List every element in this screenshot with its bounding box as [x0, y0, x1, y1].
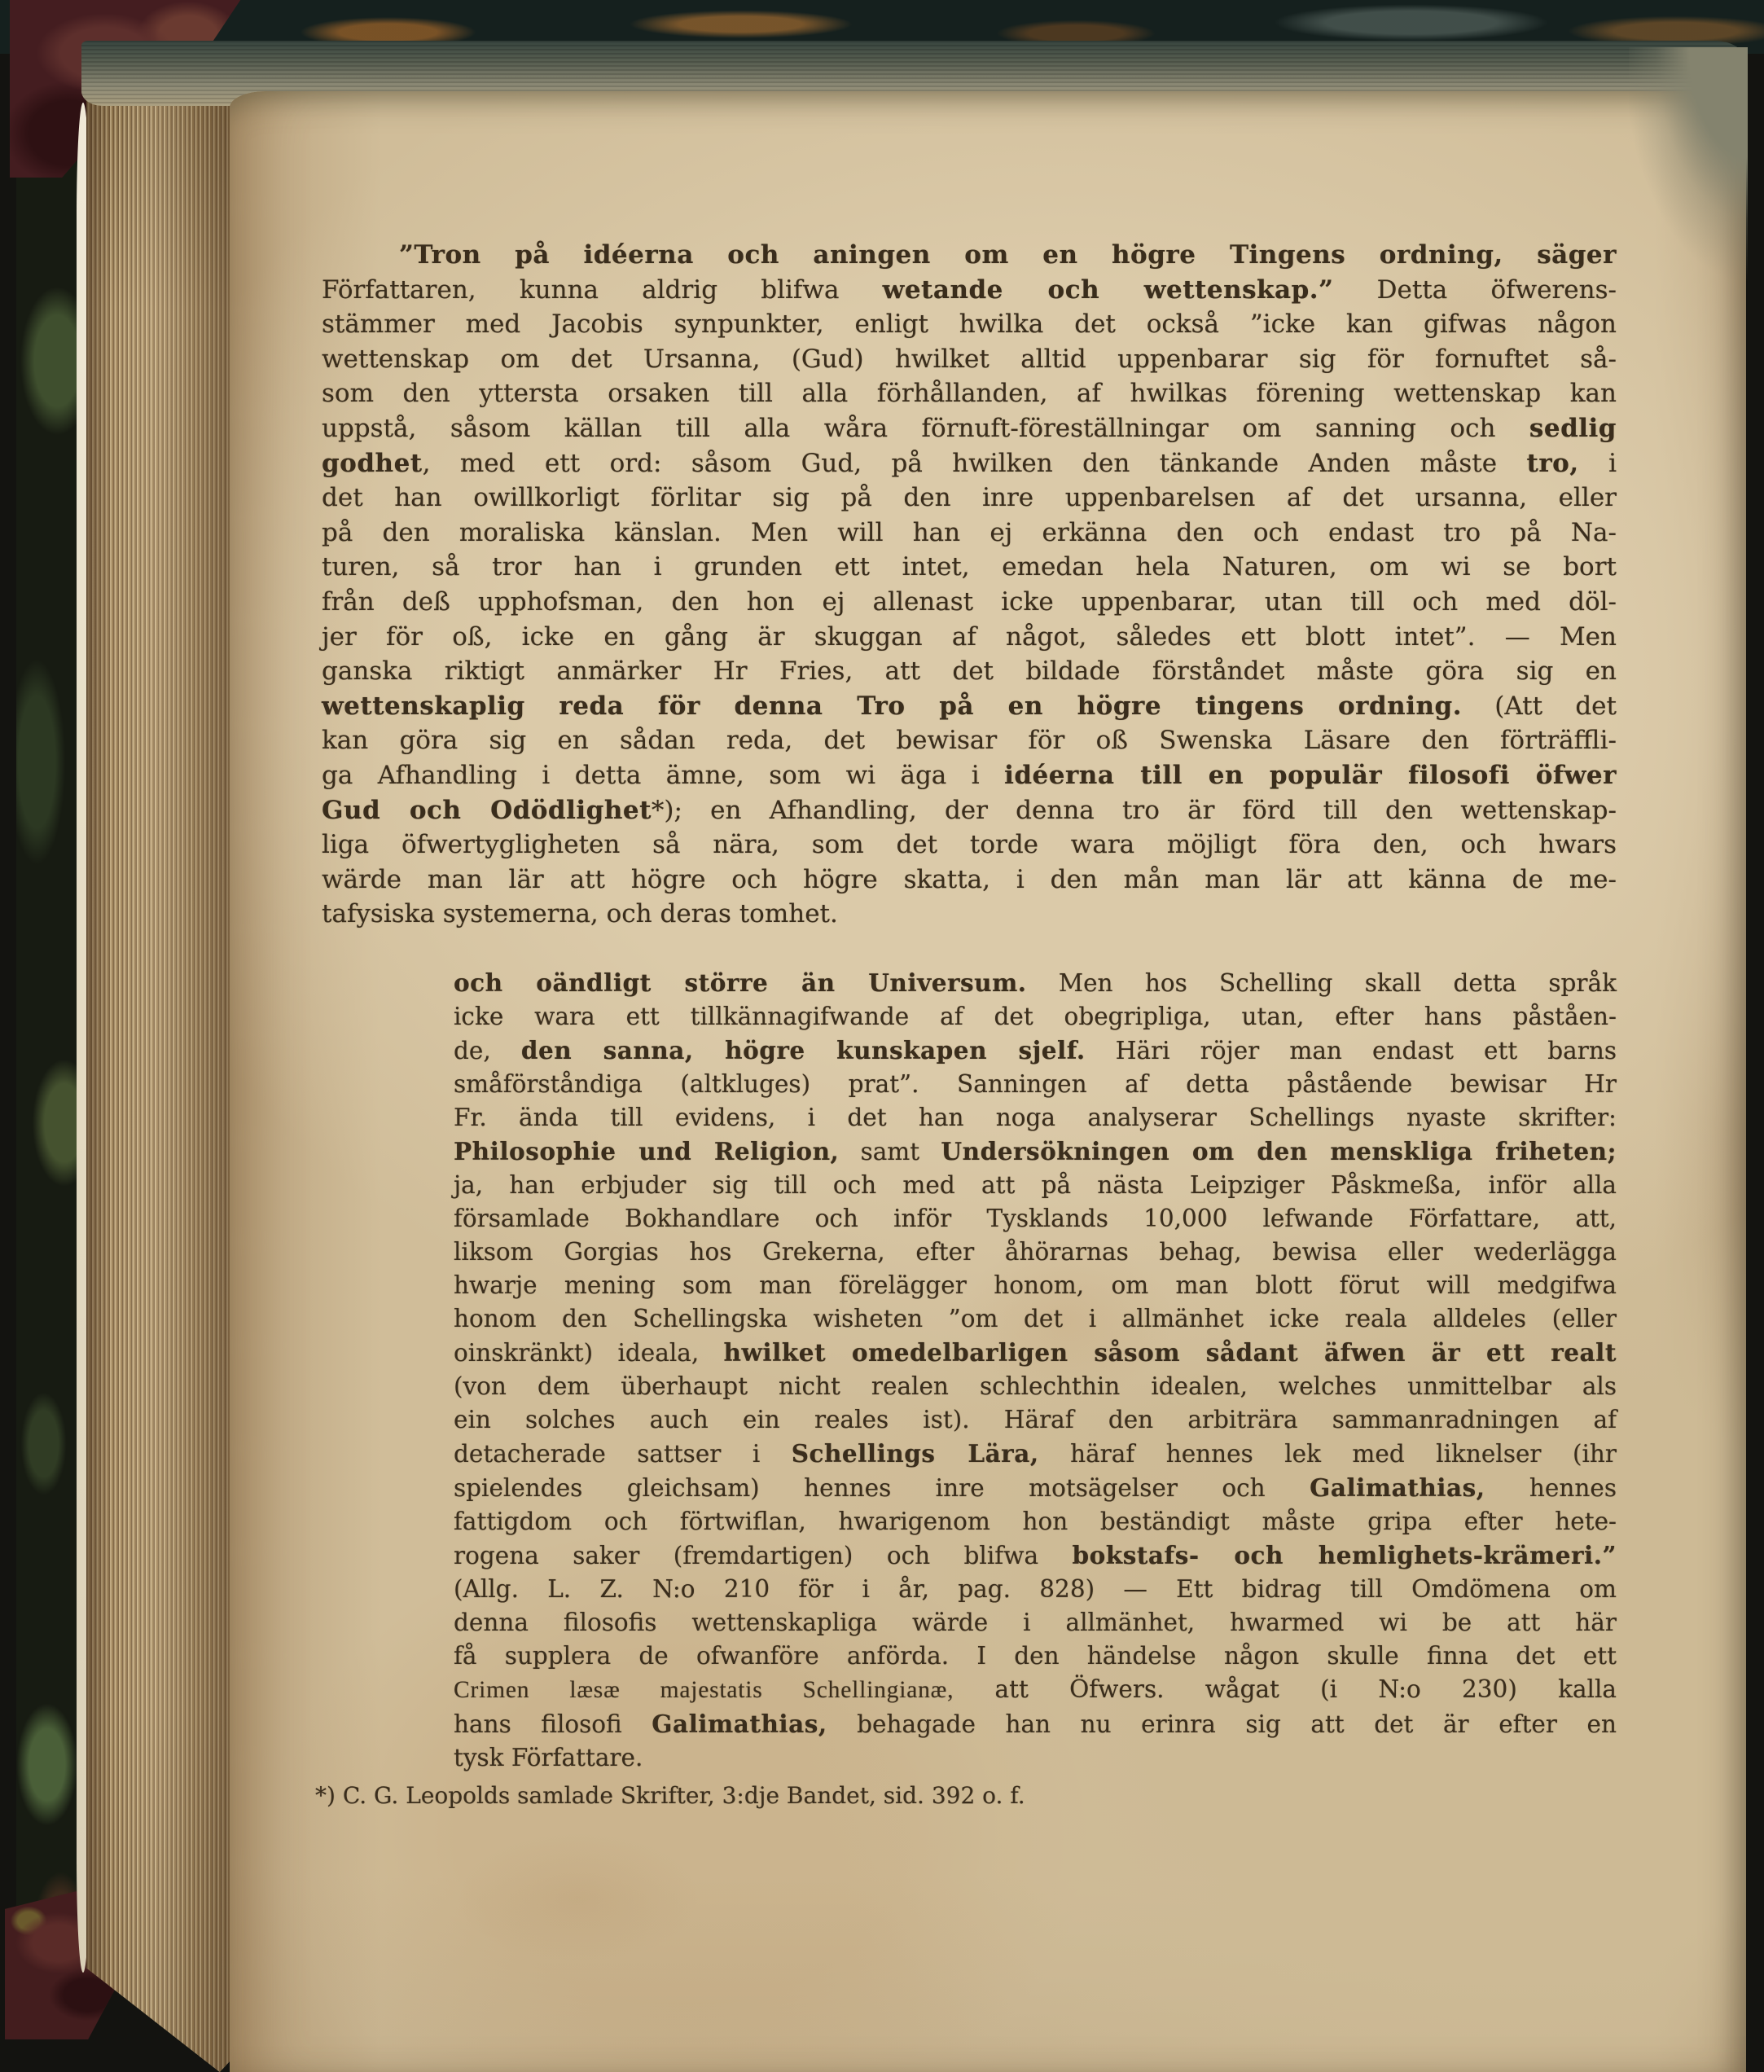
emphasized-text: hwilket omedelbarligen såsom sådant äfwe…: [724, 1338, 1617, 1367]
body-text: från deß upphofsman, den hon ej allenast…: [322, 587, 1617, 617]
body-text: uppstå, såsom källan till alla wåra förn…: [322, 414, 1529, 443]
text-line: ja, han erbjuder sig till och med att på…: [454, 1169, 1617, 1202]
body-text: oinskränkt) ideala,: [454, 1339, 724, 1367]
text-line: fattigdom och förtwiflan, hwarigenom hon…: [454, 1505, 1617, 1539]
emphasized-text: Undersökningen om den menskliga friheten…: [941, 1137, 1617, 1165]
text-line: Fr. ända till evidens, i det han noga an…: [454, 1101, 1617, 1135]
emphasized-text: den sanna, högre kunskapen sjelf.: [521, 1036, 1086, 1065]
body-text: denna filosofis wettenskapliga wärde i a…: [454, 1609, 1617, 1636]
text-line: *) C. G. Leopolds samlade Skrifter, 3:dj…: [315, 1780, 1617, 1812]
page-top-right-curl-shade: [1629, 47, 1748, 308]
emphasized-text: Galimathias,: [652, 1710, 827, 1738]
text-line: liksom Gorgias hos Grekerna, efter åhöra…: [454, 1236, 1617, 1269]
text-line: liga öfwertygligheten så nära, som det t…: [322, 827, 1617, 863]
emphasized-text: sedlig: [1529, 414, 1617, 443]
body-text: , med ett ord: såsom Gud, på hwilken den…: [423, 449, 1527, 478]
emphasized-text: Gud och Odödlighet: [322, 796, 652, 825]
body-text: (von dem überhaupt nicht realen schlecht…: [454, 1372, 1617, 1400]
body-text: småförståndiga (altkluges) prat”. Sannin…: [454, 1070, 1617, 1098]
body-text: Häri röjer man endast ett barns: [1086, 1037, 1617, 1065]
text-line: som den yttersta orsaken till alla förhå…: [322, 376, 1617, 411]
body-text: honom den Schellingska wisheten ”om det …: [454, 1305, 1617, 1332]
body-text: ein solches auch ein reales ist). Häraf …: [454, 1406, 1617, 1433]
text-line: Philosophie und Religion, samt Undersökn…: [454, 1135, 1617, 1169]
text-line: tafysiska systemerna, och deras tomhet.: [322, 897, 1617, 932]
text-line: hwarje mening som man förelägger honom, …: [454, 1269, 1617, 1302]
text-line: stämmer med Jacobis synpunkter, enligt h…: [322, 307, 1617, 342]
emphasized-text: tro,: [1527, 449, 1579, 478]
text-line: småförståndiga (altkluges) prat”. Sannin…: [454, 1068, 1617, 1101]
body-text: häraf hennes lek med liknelser (ihr: [1039, 1440, 1617, 1468]
body-text: stämmer med Jacobis synpunkter, enligt h…: [322, 309, 1617, 339]
text-line: ”Tron på idéerna och aningen om en högre…: [322, 238, 1617, 273]
text-line: denna filosofis wettenskapliga wärde i a…: [454, 1606, 1617, 1640]
emphasized-text: godhet: [322, 449, 423, 478]
text-line: rogena saker (fremdartigen) och blifwa b…: [454, 1539, 1617, 1573]
body-text: de,: [454, 1037, 521, 1065]
text-line: ga Afhandling i detta ämne, som wi äga i…: [322, 758, 1617, 793]
body-text: Fr. ända till evidens, i det han noga an…: [454, 1104, 1617, 1131]
text-line: det han owillkorligt förlitar sig på den…: [322, 481, 1617, 516]
emphasized-text: bokstafs- och hemlighets-krämeri.”: [1072, 1541, 1617, 1569]
text-line: och oändligt större än Universum. Men ho…: [454, 966, 1617, 1000]
text-line: på den moraliska känslan. Men will han e…: [322, 516, 1617, 551]
text-line: wärde man lär att högre och högre skatta…: [322, 863, 1617, 898]
emphasized-text: wetande och wettenskap.”: [883, 275, 1334, 305]
paragraph-quote: och oändligt större än Universum. Men ho…: [454, 966, 1617, 1775]
page-text: ”Tron på idéerna och aningen om en högre…: [322, 238, 1617, 1812]
text-line: ganska riktigt anmärker Hr Fries, att de…: [322, 654, 1617, 689]
text-line: de, den sanna, högre kunskapen sjelf. Hä…: [454, 1034, 1617, 1068]
emphasized-text: idéerna till en populär filosofi öfwer: [1004, 761, 1617, 790]
body-text: behagade han nu erinra sig att det är ef…: [827, 1710, 1617, 1738]
body-text: spielendes gleichsam) hennes inre motsäg…: [454, 1474, 1310, 1502]
text-line: turen, så tror han i grunden ett intet, …: [322, 550, 1617, 585]
body-text: (Att det: [1462, 691, 1617, 721]
body-text: församlade Bokhandlare och inför Tysklan…: [454, 1205, 1617, 1232]
body-text: *); en Afhandling, der denna tro är förd…: [652, 796, 1617, 825]
text-line: detacherade sattser i Schellings Lära, h…: [454, 1437, 1617, 1471]
body-text: tafysiska systemerna, och deras tomhet.: [322, 899, 838, 928]
text-line: ein solches auch ein reales ist). Häraf …: [454, 1403, 1617, 1437]
text-line: Författaren, kunna aldrig blifwa wetande…: [322, 273, 1617, 308]
paper-stain: [456, 1833, 700, 1963]
text-line: Crimen læsæ majestatis Schellingianæ, at…: [454, 1673, 1617, 1707]
emphasized-text: ”Tron på idéerna och aningen om en högre…: [399, 240, 1617, 270]
emphasized-text: och oändligt större än Universum.: [454, 968, 1027, 997]
body-text: hennes: [1485, 1474, 1617, 1502]
text-line: honom den Schellingska wisheten ”om det …: [454, 1302, 1617, 1336]
body-text: *) C. G. Leopolds samlade Skrifter, 3:dj…: [315, 1782, 1025, 1809]
body-text: ja, han erbjuder sig till och med att på…: [454, 1171, 1617, 1199]
emphasized-text: Galimathias,: [1310, 1473, 1485, 1502]
latin-text: Crimen læsæ majestatis Schellingianæ,: [454, 1677, 954, 1703]
text-line: uppstå, såsom källan till alla wåra förn…: [322, 411, 1617, 446]
text-line: (Allg. L. Z. N:o 210 för i år, pag. 828)…: [454, 1573, 1617, 1606]
body-text: Detta öfwerens-: [1333, 275, 1617, 305]
text-line: tysk Författare.: [454, 1741, 1617, 1775]
body-text: liga öfwertygligheten så nära, som det t…: [322, 830, 1617, 859]
book-cover-marbled-board: [16, 0, 85, 2005]
text-line: hans filosofi Galimathias, behagade han …: [454, 1707, 1617, 1741]
body-text: wettenskap om det Ursanna, (Gud) hwilket…: [322, 345, 1617, 374]
text-line: godhet, med ett ord: såsom Gud, på hwilk…: [322, 446, 1617, 481]
page-block-fore-edge: [86, 68, 235, 2072]
body-text: Författaren, kunna aldrig blifwa: [322, 275, 883, 305]
body-text: hans filosofi: [454, 1710, 652, 1738]
text-line: wettenskap om det Ursanna, (Gud) hwilket…: [322, 342, 1617, 377]
emphasized-text: Philosophie und Religion,: [454, 1137, 839, 1165]
body-text: rogena saker (fremdartigen) och blifwa: [454, 1542, 1072, 1569]
footnote: *) C. G. Leopolds samlade Skrifter, 3:dj…: [315, 1780, 1617, 1812]
body-text: (Allg. L. Z. N:o 210 för i år, pag. 828)…: [454, 1575, 1617, 1603]
text-line: Gud och Odödlighet*); en Afhandling, der…: [322, 793, 1617, 828]
body-text: att Öfwers. wågat (i N:o 230) kalla: [954, 1675, 1617, 1703]
paragraph-main: ”Tron på idéerna och aningen om en högre…: [322, 238, 1617, 932]
body-text: tysk Författare.: [454, 1744, 643, 1771]
text-line: spielendes gleichsam) hennes inre motsäg…: [454, 1471, 1617, 1505]
body-text: icke wara ett tillkännagifwande af det o…: [454, 1003, 1617, 1030]
body-text: i: [1579, 449, 1617, 478]
body-text: fattigdom och förtwiflan, hwarigenom hon…: [454, 1508, 1617, 1535]
text-line: wettenskaplig reda för denna Tro på en h…: [322, 689, 1617, 724]
body-text: jer för oß, icke en gång är skuggan af n…: [322, 622, 1617, 652]
text-line: oinskränkt) ideala, hwilket omedelbarlig…: [454, 1336, 1617, 1370]
body-text: ganska riktigt anmärker Hr Fries, att de…: [322, 656, 1617, 686]
emphasized-text: Schellings Lära,: [792, 1439, 1039, 1468]
text-line: icke wara ett tillkännagifwande af det o…: [454, 1000, 1617, 1034]
body-text: ga Afhandling i detta ämne, som wi äga i: [322, 761, 1004, 790]
body-text: turen, så tror han i grunden ett intet, …: [322, 552, 1617, 582]
text-line: kan göra sig en sådan reda, det bewisar …: [322, 723, 1617, 758]
body-text: Men hos Schelling skall detta språk: [1027, 969, 1617, 997]
body-text: på den moraliska känslan. Men will han e…: [322, 518, 1617, 547]
body-text: samt: [839, 1138, 941, 1165]
emphasized-text: wettenskaplig reda för denna Tro på en h…: [322, 691, 1462, 721]
text-line: från deß upphofsman, den hon ej allenast…: [322, 585, 1617, 620]
body-text: kan göra sig en sådan reda, det bewisar …: [322, 726, 1617, 755]
body-text: som den yttersta orsaken till alla förhå…: [322, 379, 1617, 408]
text-line: (von dem überhaupt nicht realen schlecht…: [454, 1370, 1617, 1403]
text-line: jer för oß, icke en gång är skuggan af n…: [322, 620, 1617, 655]
body-text: wärde man lär att högre och högre skatta…: [322, 865, 1617, 894]
body-text: det han owillkorligt förlitar sig på den…: [322, 483, 1617, 512]
text-line: församlade Bokhandlare och inför Tysklan…: [454, 1202, 1617, 1236]
body-text: hwarje mening som man förelägger honom, …: [454, 1271, 1617, 1299]
body-text: få supplera de ofwanföre anförda. I den …: [454, 1642, 1617, 1670]
text-line: få supplera de ofwanföre anförda. I den …: [454, 1640, 1617, 1673]
body-text: detacherade sattser i: [454, 1440, 792, 1468]
body-text: liksom Gorgias hos Grekerna, efter åhöra…: [454, 1238, 1617, 1266]
